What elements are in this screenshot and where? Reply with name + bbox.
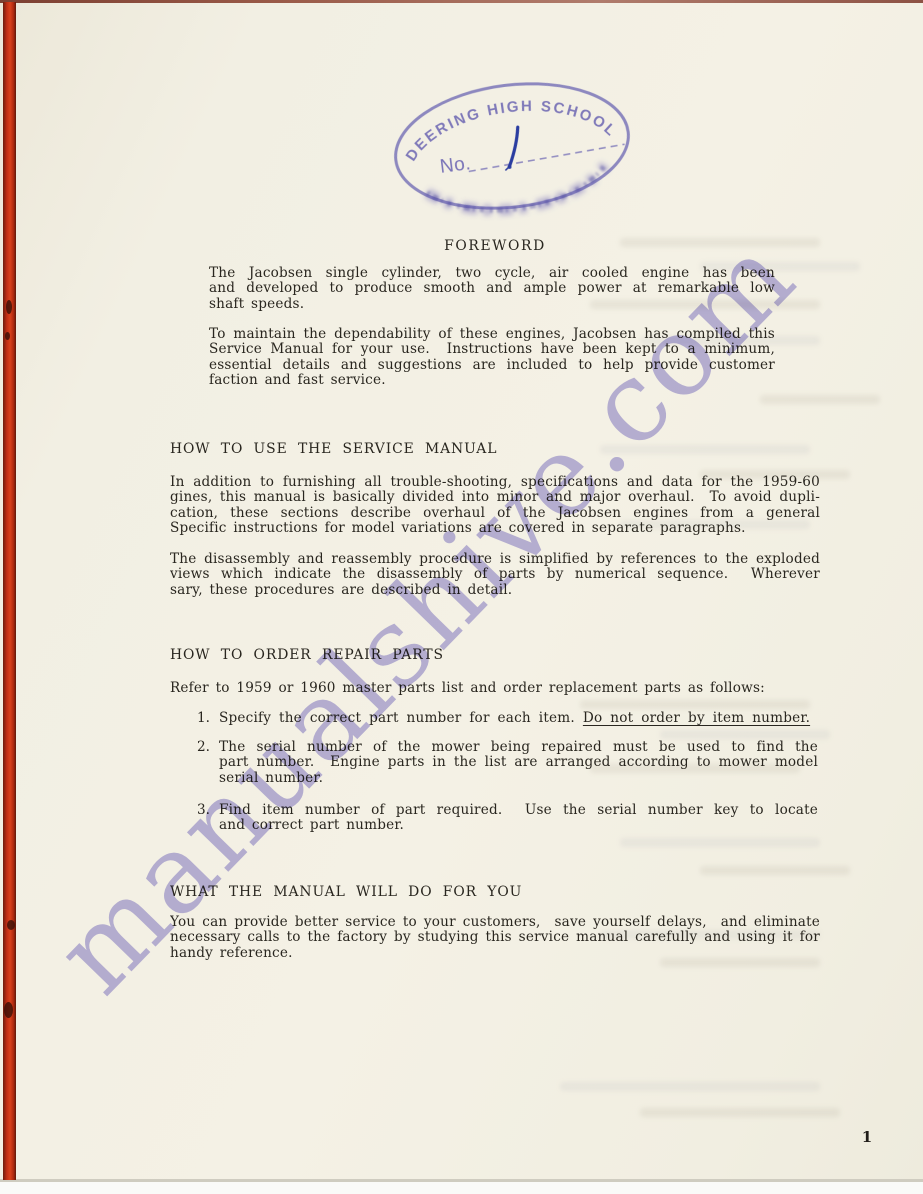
text-line: essential details and suggestions are in… [209, 358, 775, 373]
text-line: serial number. [219, 771, 818, 786]
how-to-use-paragraph-2: The disassembly and reassembly procedure… [170, 552, 820, 598]
red-binding-strip [3, 2, 16, 1180]
text-line: Find item number of part required. Use t… [219, 803, 818, 818]
text-line: views which indicate the disassembly of … [170, 567, 820, 582]
how-to-use-paragraph-1: In addition to furnishing all trouble-sh… [170, 475, 820, 537]
how-to-use-heading: HOW TO USE THE SERVICE MANUAL [170, 441, 497, 457]
text-line: In addition to furnishing all trouble-sh… [170, 475, 820, 490]
text-line: necessary calls to the factory by studyi… [170, 930, 820, 945]
text-line: The Jacobsen single cylinder, two cycle,… [209, 266, 775, 281]
text-line: Specific instructions for model variatio… [170, 521, 820, 536]
item-text: Specify the correct part number for each… [219, 711, 818, 726]
text-line: and developed to produce smooth and ampl… [209, 281, 775, 296]
text-line: gines, this manual is basically divided … [170, 490, 820, 505]
underlined-warning: Do not order by item number. [583, 710, 810, 726]
text-line: part number. Engine parts in the list ar… [219, 755, 818, 770]
text-line: shaft speeds. [209, 297, 775, 312]
text-line: faction and fast service. [209, 373, 775, 388]
text-line: To maintain the dependability of these e… [209, 327, 775, 342]
order-item-1: 1. Specify the correct part number for e… [170, 711, 820, 726]
item-text: Find item number of part required. Use t… [219, 803, 818, 834]
item-number: 3. [197, 803, 210, 818]
text-line: sary, these procedures are described in … [170, 583, 820, 598]
foreword-paragraph-2: To maintain the dependability of these e… [209, 327, 775, 389]
foreword-paragraph-1: The Jacobsen single cylinder, two cycle,… [209, 266, 775, 312]
page-number: 1 [852, 1128, 882, 1146]
text-line: cation, these sections describe overhaul… [170, 506, 820, 521]
how-to-order-heading: HOW TO ORDER REPAIR PARTS [170, 647, 444, 663]
scanned-manual-page: FOREWORD The Jacobsen single cylinder, t… [0, 0, 923, 1194]
cover-top-edge [0, 0, 923, 3]
item-number: 2. [197, 740, 210, 755]
order-item-3: 3. Find item number of part required. Us… [170, 803, 820, 834]
stamp-no-label: No. [439, 153, 472, 178]
school-stamp: DEERING HIGH SCHOOL No. [375, 68, 655, 233]
handwritten-number [501, 127, 523, 170]
item-text: The serial number of the mower being rep… [219, 740, 818, 786]
item-number: 1. [197, 711, 210, 726]
foreword-heading: FOREWORD [170, 238, 820, 254]
what-it-does-paragraph: You can provide better service to your c… [170, 915, 820, 961]
text-line: handy reference. [170, 946, 820, 961]
scan-background [0, 1182, 923, 1194]
how-to-order-intro: Refer to 1959 or 1960 master parts list … [170, 681, 820, 696]
text-line: and correct part number. [219, 818, 818, 833]
text-line: Service Manual for your use. Instruction… [209, 342, 775, 357]
text-line: The serial number of the mower being rep… [219, 740, 818, 755]
order-item-2: 2. The serial number of the mower being … [170, 740, 820, 786]
stamp-arc-text: DEERING HIGH SCHOOL [397, 86, 621, 166]
text-line: The disassembly and reassembly procedure… [170, 552, 820, 567]
text-line: You can provide better service to your c… [170, 915, 820, 930]
what-it-does-heading: WHAT THE MANUAL WILL DO FOR YOU [170, 884, 522, 900]
